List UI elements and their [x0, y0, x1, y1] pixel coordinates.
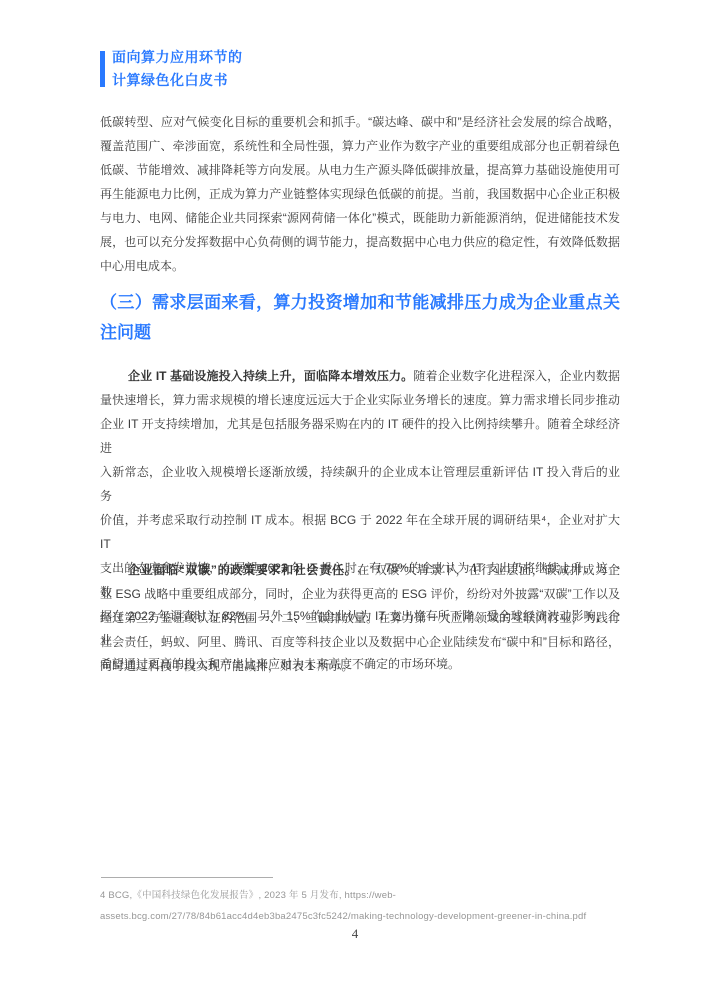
text-line: 企业 IT 开支持续增加，尤其是包括服务器采购在内的 IT 硬件的投入比例持续攀… [100, 412, 620, 460]
text-line: 同时通过科技手段实现节能减排，如表 1 所示。 [100, 654, 620, 678]
page-header: 面向算力应用环节的 计算绿色化白皮书 [112, 46, 243, 92]
header-title-line2: 计算绿色化白皮书 [112, 69, 243, 92]
text-line: 中心用电成本。 [100, 254, 620, 278]
text-line: 入新常态，企业收入规模增长逐渐放缓，持续飙升的企业成本让管理层重新评估 IT 投… [100, 460, 620, 508]
document-page: 面向算力应用环节的 计算绿色化白皮书 低碳转型、应对气候变化目标的重要机会和抓手… [0, 0, 710, 1004]
text-line: 社会责任，蚂蚁、阿里、腾讯、百度等科技企业以及数据中心企业陆续发布“碳中和”目标… [100, 630, 620, 654]
header-accent-bar [100, 51, 105, 87]
footnote-line1: 4 BCG,《中国科技绿色化发展报告》, 2023 年 5 月发布, https… [100, 885, 620, 906]
paragraph-line-rest: 随着企业数字化进程深入，企业内数据 [413, 369, 620, 383]
text-line: 展，也可以充分发挥数据中心负荷侧的调节能力，提高数据中心电力供应的稳定性，有效降… [100, 230, 620, 254]
text-line: 企业 IT 基础设施投入持续上升，面临降本增效压力。随着企业数字化进程深入，企业… [100, 364, 620, 388]
header-title-line1: 面向算力应用环节的 [112, 46, 243, 69]
footnote-divider [101, 877, 273, 878]
paragraph-lead-bold: 企业面临“双碳”的政策要求和社会责任。 [128, 563, 357, 577]
paragraph-lead-bold: 企业 IT 基础设施投入持续上升，面临降本增效压力。 [128, 369, 413, 383]
text-line: 企业面临“双碳”的政策要求和社会责任。在“双碳”大背景下，在行业层面，碳减排成为… [100, 558, 620, 582]
text-line: 价值，并考虑采取行动控制 IT 成本。根据 BCG 于 2022 年在全球开展的… [100, 508, 620, 556]
text-line: 低碳转型、应对气候变化目标的重要机会和抓手。“碳达峰、碳中和”是经济社会发展的综… [100, 110, 620, 134]
section-heading-line1: （三）需求层面来看，算力投资增加和节能减排压力成为企业重点关 [100, 288, 620, 318]
paragraph-line-rest: 在“双碳”大背景下，在行业层面，碳减排成为企 [357, 563, 620, 577]
text-line: 经过第三方鉴证或认证的范围一、二、三碳排放量。在算力第一大应用领域的互联网行业，… [100, 606, 620, 630]
section-heading-line2: 注问题 [100, 318, 620, 348]
footnote: 4 BCG,《中国科技绿色化发展报告》, 2023 年 5 月发布, https… [100, 885, 620, 927]
text-line: 低碳、节能增效、减排降耗等方向发展。从电力生产源头降低碳排放量，提高算力基础设施… [100, 158, 620, 182]
paragraph-carryover: 低碳转型、应对气候变化目标的重要机会和抓手。“碳达峰、碳中和”是经济社会发展的综… [100, 110, 620, 278]
paragraph-dual-carbon: 企业面临“双碳”的政策要求和社会责任。在“双碳”大背景下，在行业层面，碳减排成为… [100, 558, 620, 678]
footnote-url: assets.bcg.com/27/78/84b61acc4d4eb3ba247… [100, 906, 620, 927]
text-line: 量快速增长，算力需求规模的增长速度远远大于企业实际业务增长的速度。算力需求增长同… [100, 388, 620, 412]
text-line: 与电力、电网、储能企业共同探索“源网荷储一体化”模式，既能助力新能源消纳，促进储… [100, 206, 620, 230]
page-number: 4 [0, 926, 710, 942]
text-line: 再生能源电力比例，正成为算力产业链整体实现绿色低碳的前提。当前，我国数据中心企业… [100, 182, 620, 206]
text-line: 业 ESG 战略中重要组成部分，同时，企业为获得更高的 ESG 评价，纷纷对外披… [100, 582, 620, 606]
section-heading: （三）需求层面来看，算力投资增加和节能减排压力成为企业重点关 注问题 [100, 288, 620, 348]
text-line: 覆盖范围广、牵涉面宽，系统性和全局性强，算力产业作为数字产业的重要组成部分也正朝… [100, 134, 620, 158]
